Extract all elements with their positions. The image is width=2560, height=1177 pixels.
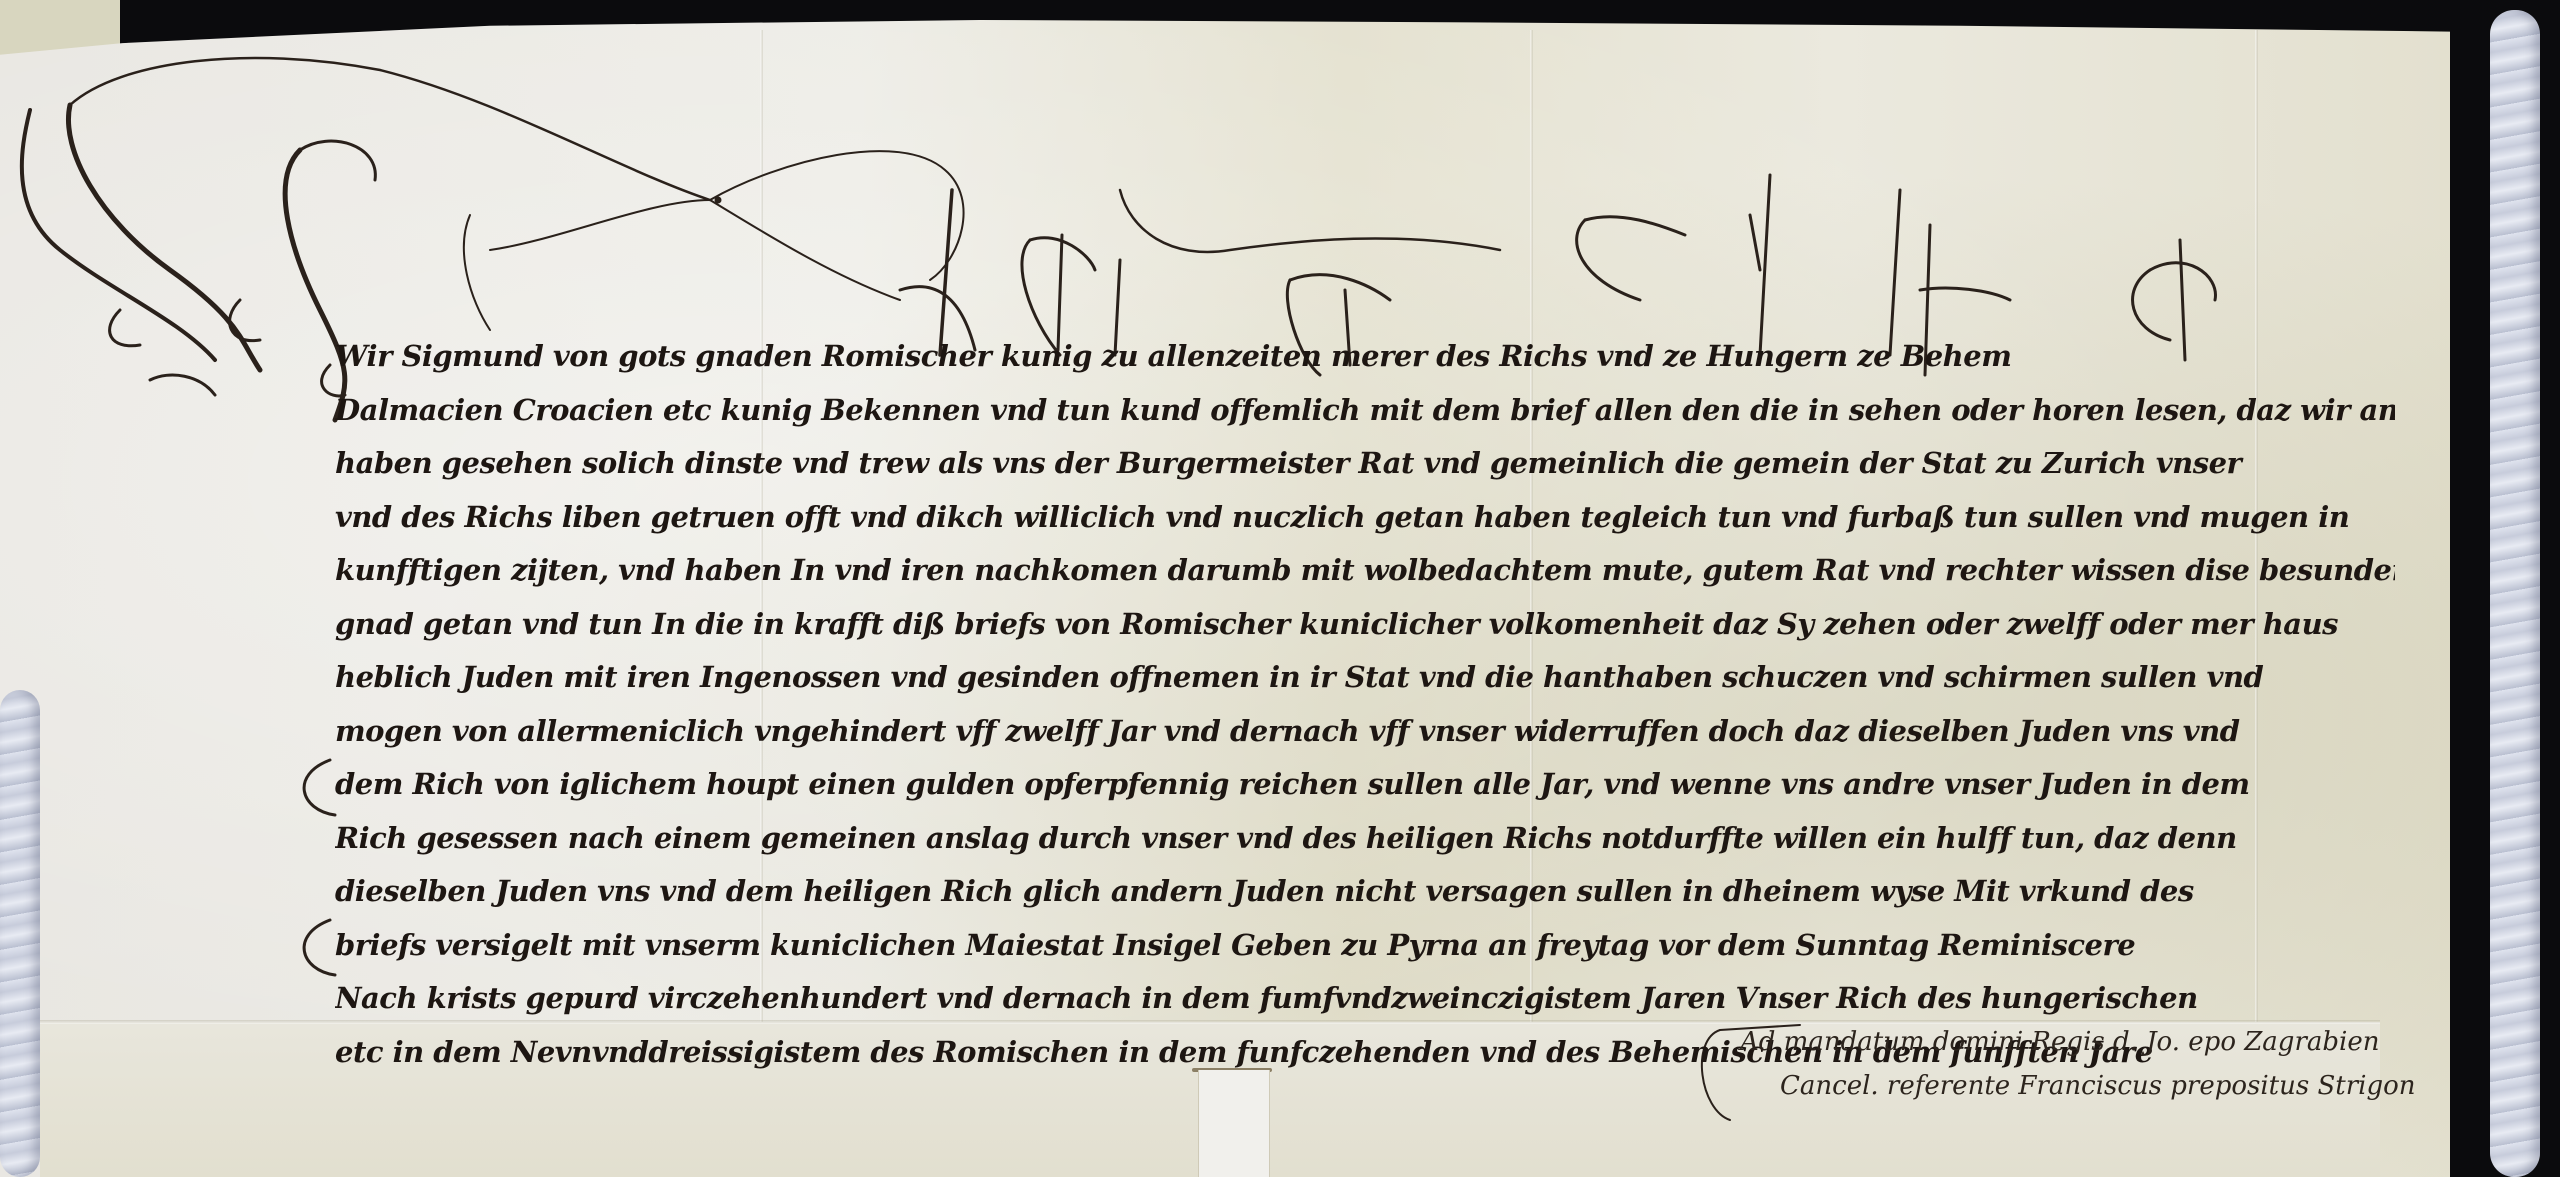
charter-text: Wir Sigmund von gots gnaden Romischer ku… (335, 330, 2395, 1079)
charter-line: haben gesehen solich dinste vnd trew als… (335, 437, 2395, 491)
charter-line: dem Rich von iglichem houpt einen gulden… (335, 758, 2395, 812)
subscription-line: Cancel. referente Franciscus prepositus … (1740, 1064, 2460, 1108)
charter-line: Wir Sigmund von gots gnaden Romischer ku… (335, 330, 2395, 384)
charter-line: Rich gesessen nach einem gemeinen anslag… (335, 812, 2395, 866)
subscription-line: Ad mandatum domini Regis d. Jo. epo Zagr… (1740, 1020, 2460, 1064)
charter-line: mogen von allermeniclich vngehindert vff… (335, 705, 2395, 759)
charter-line: gnad getan vnd tun In die in krafft diß … (335, 598, 2395, 652)
chancery-subscription: Ad mandatum domini Regis d. Jo. epo Zagr… (1740, 1020, 2460, 1108)
charter-line: briefs versigelt mit vnserm kuniclichen … (335, 919, 2395, 973)
charter-line: dieselben Juden vns vnd dem heiligen Ric… (335, 865, 2395, 919)
charter-line: kunfftigen zijten, vnd haben In vnd iren… (335, 544, 2395, 598)
charter-line: vnd des Richs liben getruen offt vnd dik… (335, 491, 2395, 545)
charter-line: Dalmacien Croacien etc kunig Bekennen vn… (335, 384, 2395, 438)
charter-line: Nach krists gepurd virczehenhundert vnd … (335, 972, 2395, 1026)
braided-cord-right (2490, 10, 2540, 1177)
braided-cord-left (0, 690, 40, 1177)
seal-tag-strip (1198, 1070, 1270, 1177)
charter-line: heblich Juden mit iren Ingenossen vnd ge… (335, 651, 2395, 705)
